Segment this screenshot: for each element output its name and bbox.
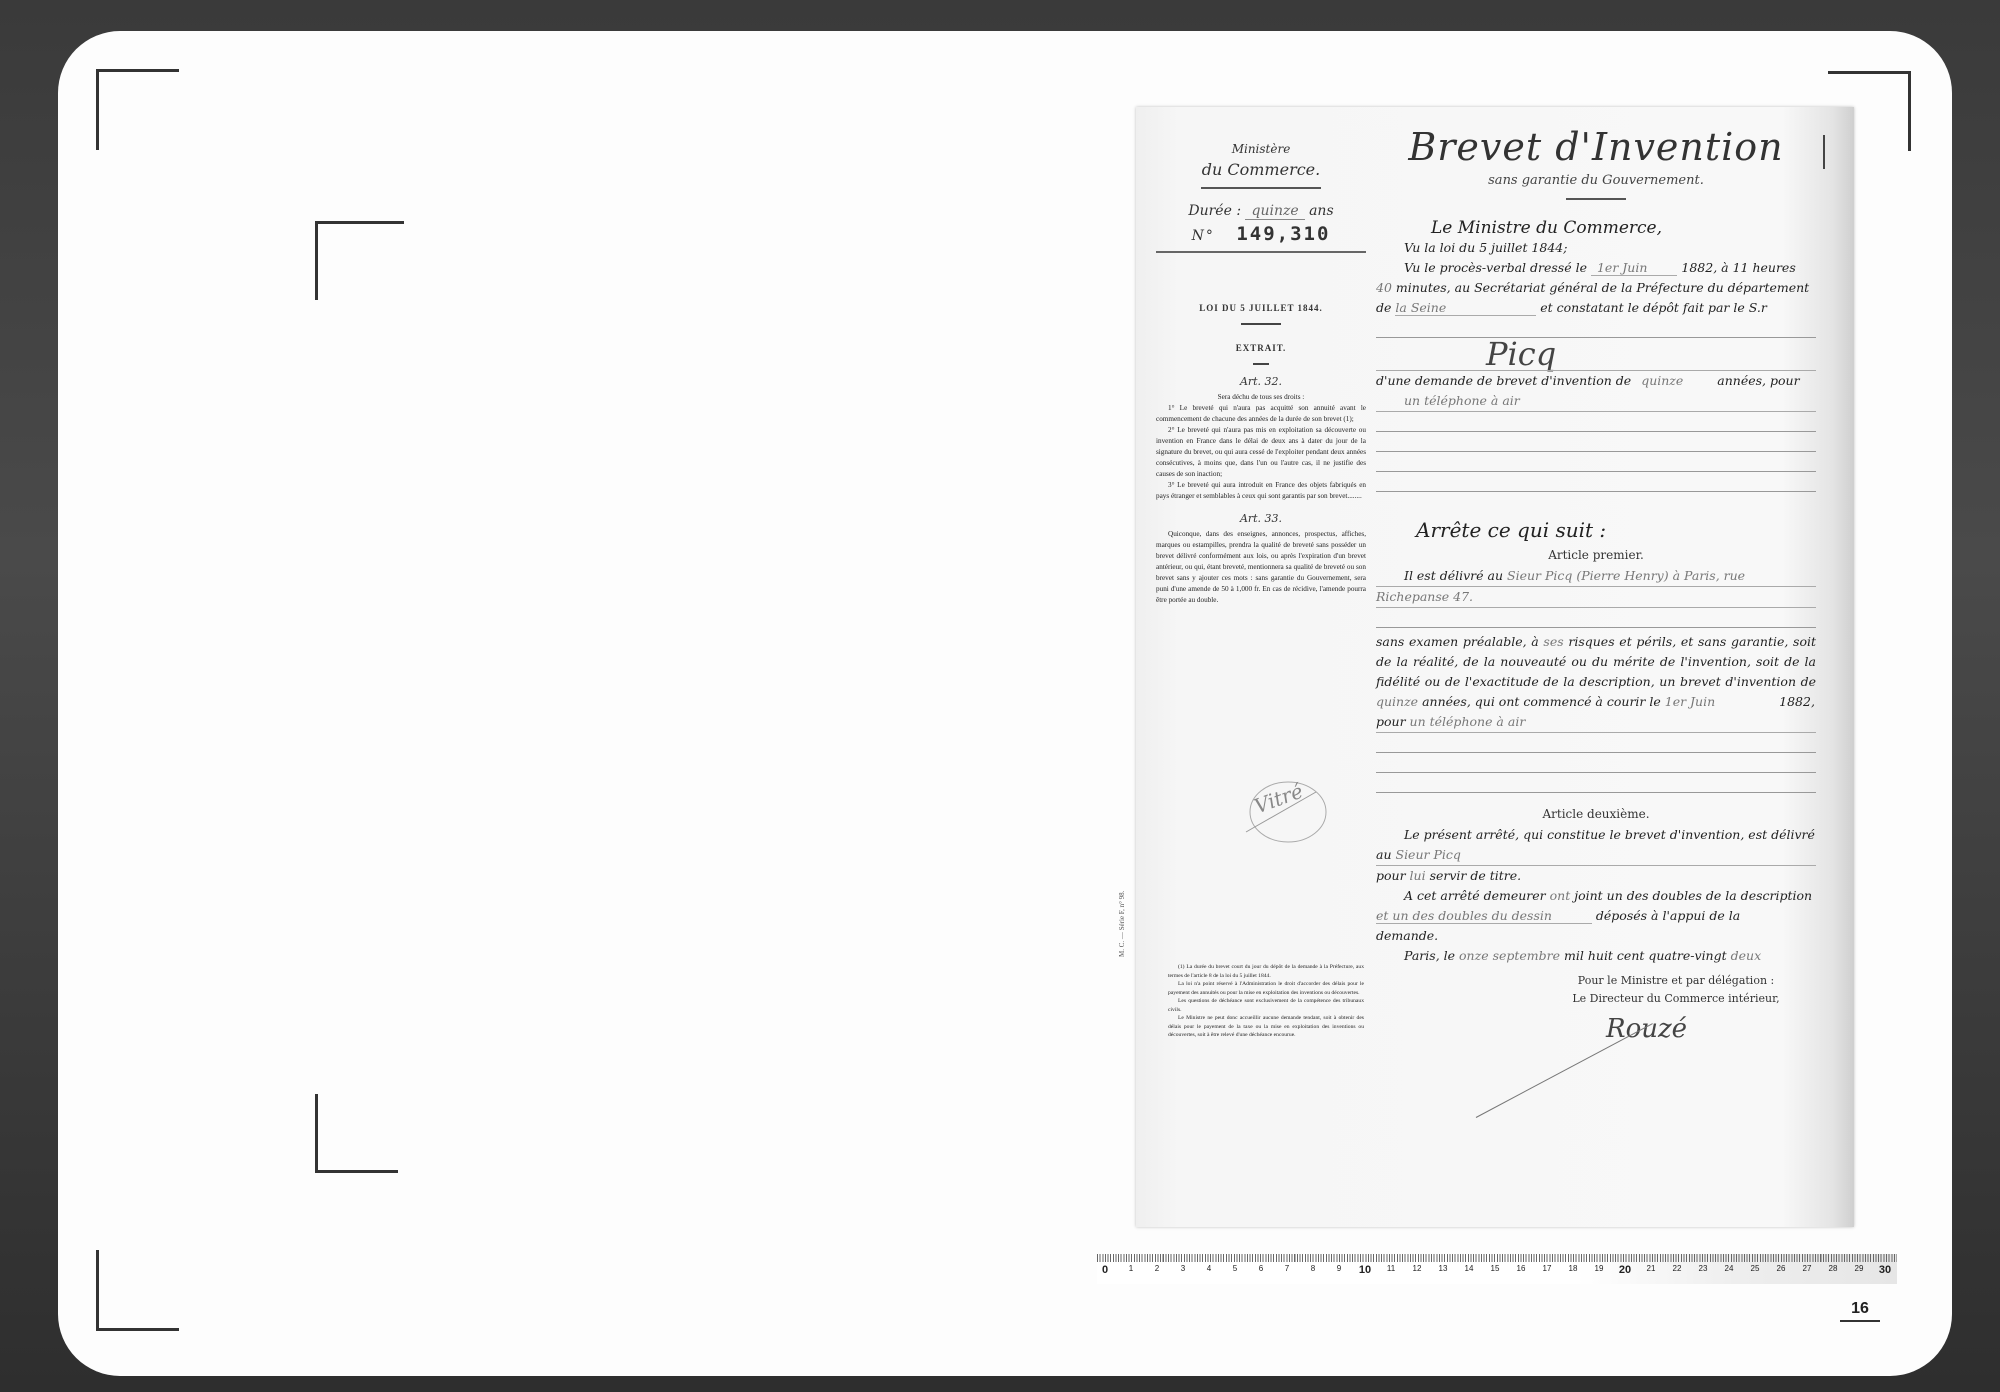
article2-demande: demande. [1376,926,1816,946]
ruler-label: 23 [1699,1264,1708,1273]
demande-prefix: d'une demande de brevet d'invention de [1376,373,1631,388]
article2-joint-line: A cet arrêté demeurer ont joint un des d… [1376,886,1816,906]
rule-divider [1156,251,1366,253]
article1-pour: pour [1376,714,1406,729]
ruler-label: 19 [1595,1264,1604,1273]
arrete-heading: Arrête ce qui suit : [1416,518,1816,542]
ruler-label: 11 [1387,1264,1395,1273]
art32-paragraph: 1° Le breveté qui n'aura pas acquitté so… [1156,403,1366,425]
paris-year-hw: deux [1731,948,1762,963]
article2-to-prefix: au [1376,847,1392,862]
article1-title: Article premier. [1376,548,1816,562]
ruler-label: 1 [1129,1264,1133,1273]
crop-mark-top-left [96,69,179,150]
ornament-divider [1566,198,1626,200]
article1-start-year: 1882, [1779,694,1815,709]
article1-holder-line: Il est délivré au Sieur Picq (Pierre Hen… [1376,566,1816,587]
ruler-label: 22 [1673,1264,1682,1273]
ruler-label: 0 [1102,1264,1108,1276]
art32-paragraph: 3° Le breveté qui aura introduit en Fran… [1156,480,1366,502]
article2-titre: servir de titre. [1430,868,1522,883]
blank-line [1376,773,1816,793]
blank-line [1376,452,1816,472]
blank-line [1376,318,1816,338]
ruler-label: 16 [1517,1264,1526,1273]
art33-paragraph: Quiconque, dans des enseignes, annonces,… [1156,529,1366,606]
signature: Rouzé [1606,1014,1816,1044]
ruler-label: 21 [1647,1264,1656,1273]
article1-invention: un téléphone à air [1410,714,1526,729]
article2-joint-text: joint un des doubles de la description [1574,888,1812,903]
ruler-label: 9 [1337,1264,1341,1273]
art33-body: Quiconque, dans des enseignes, annonces,… [1156,529,1366,606]
duree-label: Durée : [1188,203,1241,219]
art32-body: Sera déchu de tous ses droits : 1° Le br… [1156,392,1366,502]
dept-prefix: de [1376,300,1391,315]
ruler-label: 24 [1725,1264,1734,1273]
art32-title: Art. 32. [1156,375,1366,388]
numero-label: N° [1192,228,1215,244]
ruler-label: 18 [1569,1264,1578,1273]
minutes-line: 40 minutes, au Secrétariat général de la… [1376,278,1816,298]
patent-document: Ministère du Commerce. Durée : quinze an… [1136,107,1854,1227]
article2-joint-text: A cet arrêté demeurer [1404,888,1546,903]
article1-prefix: Il est délivré au [1404,568,1503,583]
article2-title: Article deuxième. [1376,807,1816,821]
article2-dessin-hw: et un des doubles du dessin [1376,908,1592,924]
blank-line [1376,608,1816,628]
article2-to-line: au Sieur Picq [1376,845,1816,866]
deposit-date: 1er Juin [1591,260,1677,276]
ruler-label: 4 [1207,1264,1211,1273]
article1-body: sans examen préalable, à ses risques et … [1376,632,1816,712]
art32-paragraph: Sera déchu de tous ses droits : [1156,392,1366,403]
article2-lui: lui [1410,868,1426,883]
extrait-header: EXTRAIT. [1156,343,1366,353]
ruler-label: 7 [1285,1264,1289,1273]
holder-address: Richepanse 47. [1376,587,1816,608]
loi-header: LOI DU 5 JUILLET 1844. [1156,303,1366,313]
footnote: Le Ministre ne peut donc accueillir aucu… [1168,1014,1364,1040]
ruler-ticks [1097,1254,1897,1262]
crop-mark-inner-top-left [315,221,404,300]
article1-text: années, qui ont commencé à courir le [1422,694,1661,709]
depot-text: et constatant le dépôt fait par le S.r [1540,300,1767,315]
crop-mark-inner-bottom-left [315,1094,398,1173]
svg-text:Vitré: Vitré [1251,779,1306,819]
demande-line: d'une demande de brevet d'invention de q… [1376,370,1816,391]
ruler-label: 8 [1311,1264,1315,1273]
ruler-label: 12 [1413,1264,1422,1273]
footnote: (1) La durée du brevet court du jour du … [1168,963,1364,980]
article2-pour: pour [1376,868,1406,883]
deposit-minutes: 40 [1376,280,1392,295]
paris-date-line: Paris, le onze septembre mil huit cent q… [1376,946,1816,966]
blank-line [1376,733,1816,753]
ruler-label: 15 [1491,1264,1500,1273]
department-value: la Seine [1395,300,1536,316]
blank-line [1376,753,1816,773]
article2-joint-text: déposés à l'appui de la [1596,908,1740,923]
blank-line [1376,432,1816,452]
article2-text: Le présent arrêté, qui constitue le brev… [1376,825,1816,845]
article2-to: Sieur Picq [1396,847,1461,862]
commerce-label: du Commerce. [1156,160,1366,179]
duree-value: quinze [1245,203,1304,220]
short-divider [1253,363,1269,365]
signature-block: Pour le Ministre et par délégation : Le … [1536,972,1816,1008]
measurement-ruler: 0123456789101112131415161718192021222324… [1097,1254,1897,1284]
ruler-label: 26 [1777,1264,1786,1273]
ruler-label: 28 [1829,1264,1838,1273]
series-mark: M. C. — Série F, n° 98. [1118,891,1126,957]
right-column: Brevet d'Invention sans garantie du Gouv… [1376,125,1816,1044]
art32-paragraph: 2° Le breveté qui n'aura pas mis en expl… [1156,425,1366,480]
left-column: Ministère du Commerce. Durée : quinze an… [1156,142,1366,606]
demande-years: quinze [1635,373,1713,388]
ruler-label: 14 [1465,1264,1474,1273]
article1-text: sans examen préalable, à [1376,634,1539,649]
crop-mark-bottom-left [96,1250,179,1331]
article1-risk-who: ses [1543,634,1563,649]
ruler-label: 5 [1233,1264,1237,1273]
ruler-label: 10 [1359,1264,1371,1276]
article2-joint-hw: ont [1550,888,1571,903]
article2-dessin-line: et un des doubles du dessin déposés à l'… [1376,906,1816,926]
document-title: Brevet d'Invention [1376,125,1816,169]
minutes-text: minutes, au Secrétariat général de la Pr… [1396,280,1809,295]
ruler-label: 3 [1181,1264,1185,1273]
minister-heading: Le Ministre du Commerce, [1431,218,1816,238]
invention-title: un téléphone à air [1376,391,1816,412]
short-divider [1241,323,1281,325]
blank-line [1376,472,1816,492]
patent-holder: Sieur Picq (Pierre Henry) à Paris, rue [1507,568,1745,583]
document-subtitle: sans garantie du Gouvernement. [1376,173,1816,188]
article1-pour-line: pour un téléphone à air [1376,712,1816,733]
signature-line1: Pour le Ministre et par délégation : [1536,972,1816,990]
article1-start-date: 1er Juin [1665,694,1775,709]
signature-line2: Le Directeur du Commerce intérieur, [1536,990,1816,1008]
footnote: Les questions de déchéance sont exclusiv… [1168,997,1364,1014]
article2-titre-line: pour lui servir de titre. [1376,866,1816,886]
demande-suffix: années, pour [1717,373,1799,388]
patent-number: 149,310 [1236,223,1330,245]
ministere-label: Ministère [1156,142,1366,156]
ruler-label: 17 [1543,1264,1552,1273]
duree-line: Durée : quinze ans [1156,203,1366,219]
patent-number-line: N° 149,310 [1156,223,1366,245]
deposit-year-time: 1882, à 11 heures [1681,260,1795,275]
page-number: 16 [1840,1300,1880,1322]
ruler-label: 2 [1155,1264,1159,1273]
footnote: La loi n'a point réservé à l'Administrat… [1168,980,1364,997]
footnotes: (1) La durée du brevet court du jour du … [1168,963,1364,1040]
vu-pv-line: Vu le procès-verbal dressé le 1er Juin 1… [1376,258,1816,278]
vu-loi-line: Vu la loi du 5 juillet 1844; [1376,238,1816,258]
ruler-label: 6 [1259,1264,1263,1273]
paris-year-text: mil huit cent quatre-vingt [1564,948,1727,963]
visa-stamp-icon: Vitré [1226,772,1346,852]
department-line: de la Seine et constatant le dépôt fait … [1376,298,1816,318]
ornament-divider [1201,187,1321,189]
ruler-label: 29 [1855,1264,1864,1273]
margin-mark [1823,135,1825,169]
ruler-label: 30 [1879,1264,1891,1276]
article1-years: quinze [1376,694,1418,709]
applicant-name: Picq [1486,338,1816,370]
paris-prefix: Paris, le [1404,948,1455,963]
ruler-label: 25 [1751,1264,1760,1273]
vu-pv-prefix: Vu le procès-verbal dressé le [1404,260,1587,275]
ruler-label: 20 [1619,1264,1631,1276]
ruler-label: 13 [1439,1264,1448,1273]
art33-title: Art. 33. [1156,512,1366,525]
ruler-label: 27 [1803,1264,1812,1273]
duree-unit: ans [1309,203,1334,219]
issue-date: onze septembre [1459,948,1560,963]
ruler-labels: 0123456789101112131415161718192021222324… [1097,1264,1897,1278]
blank-line [1376,412,1816,432]
